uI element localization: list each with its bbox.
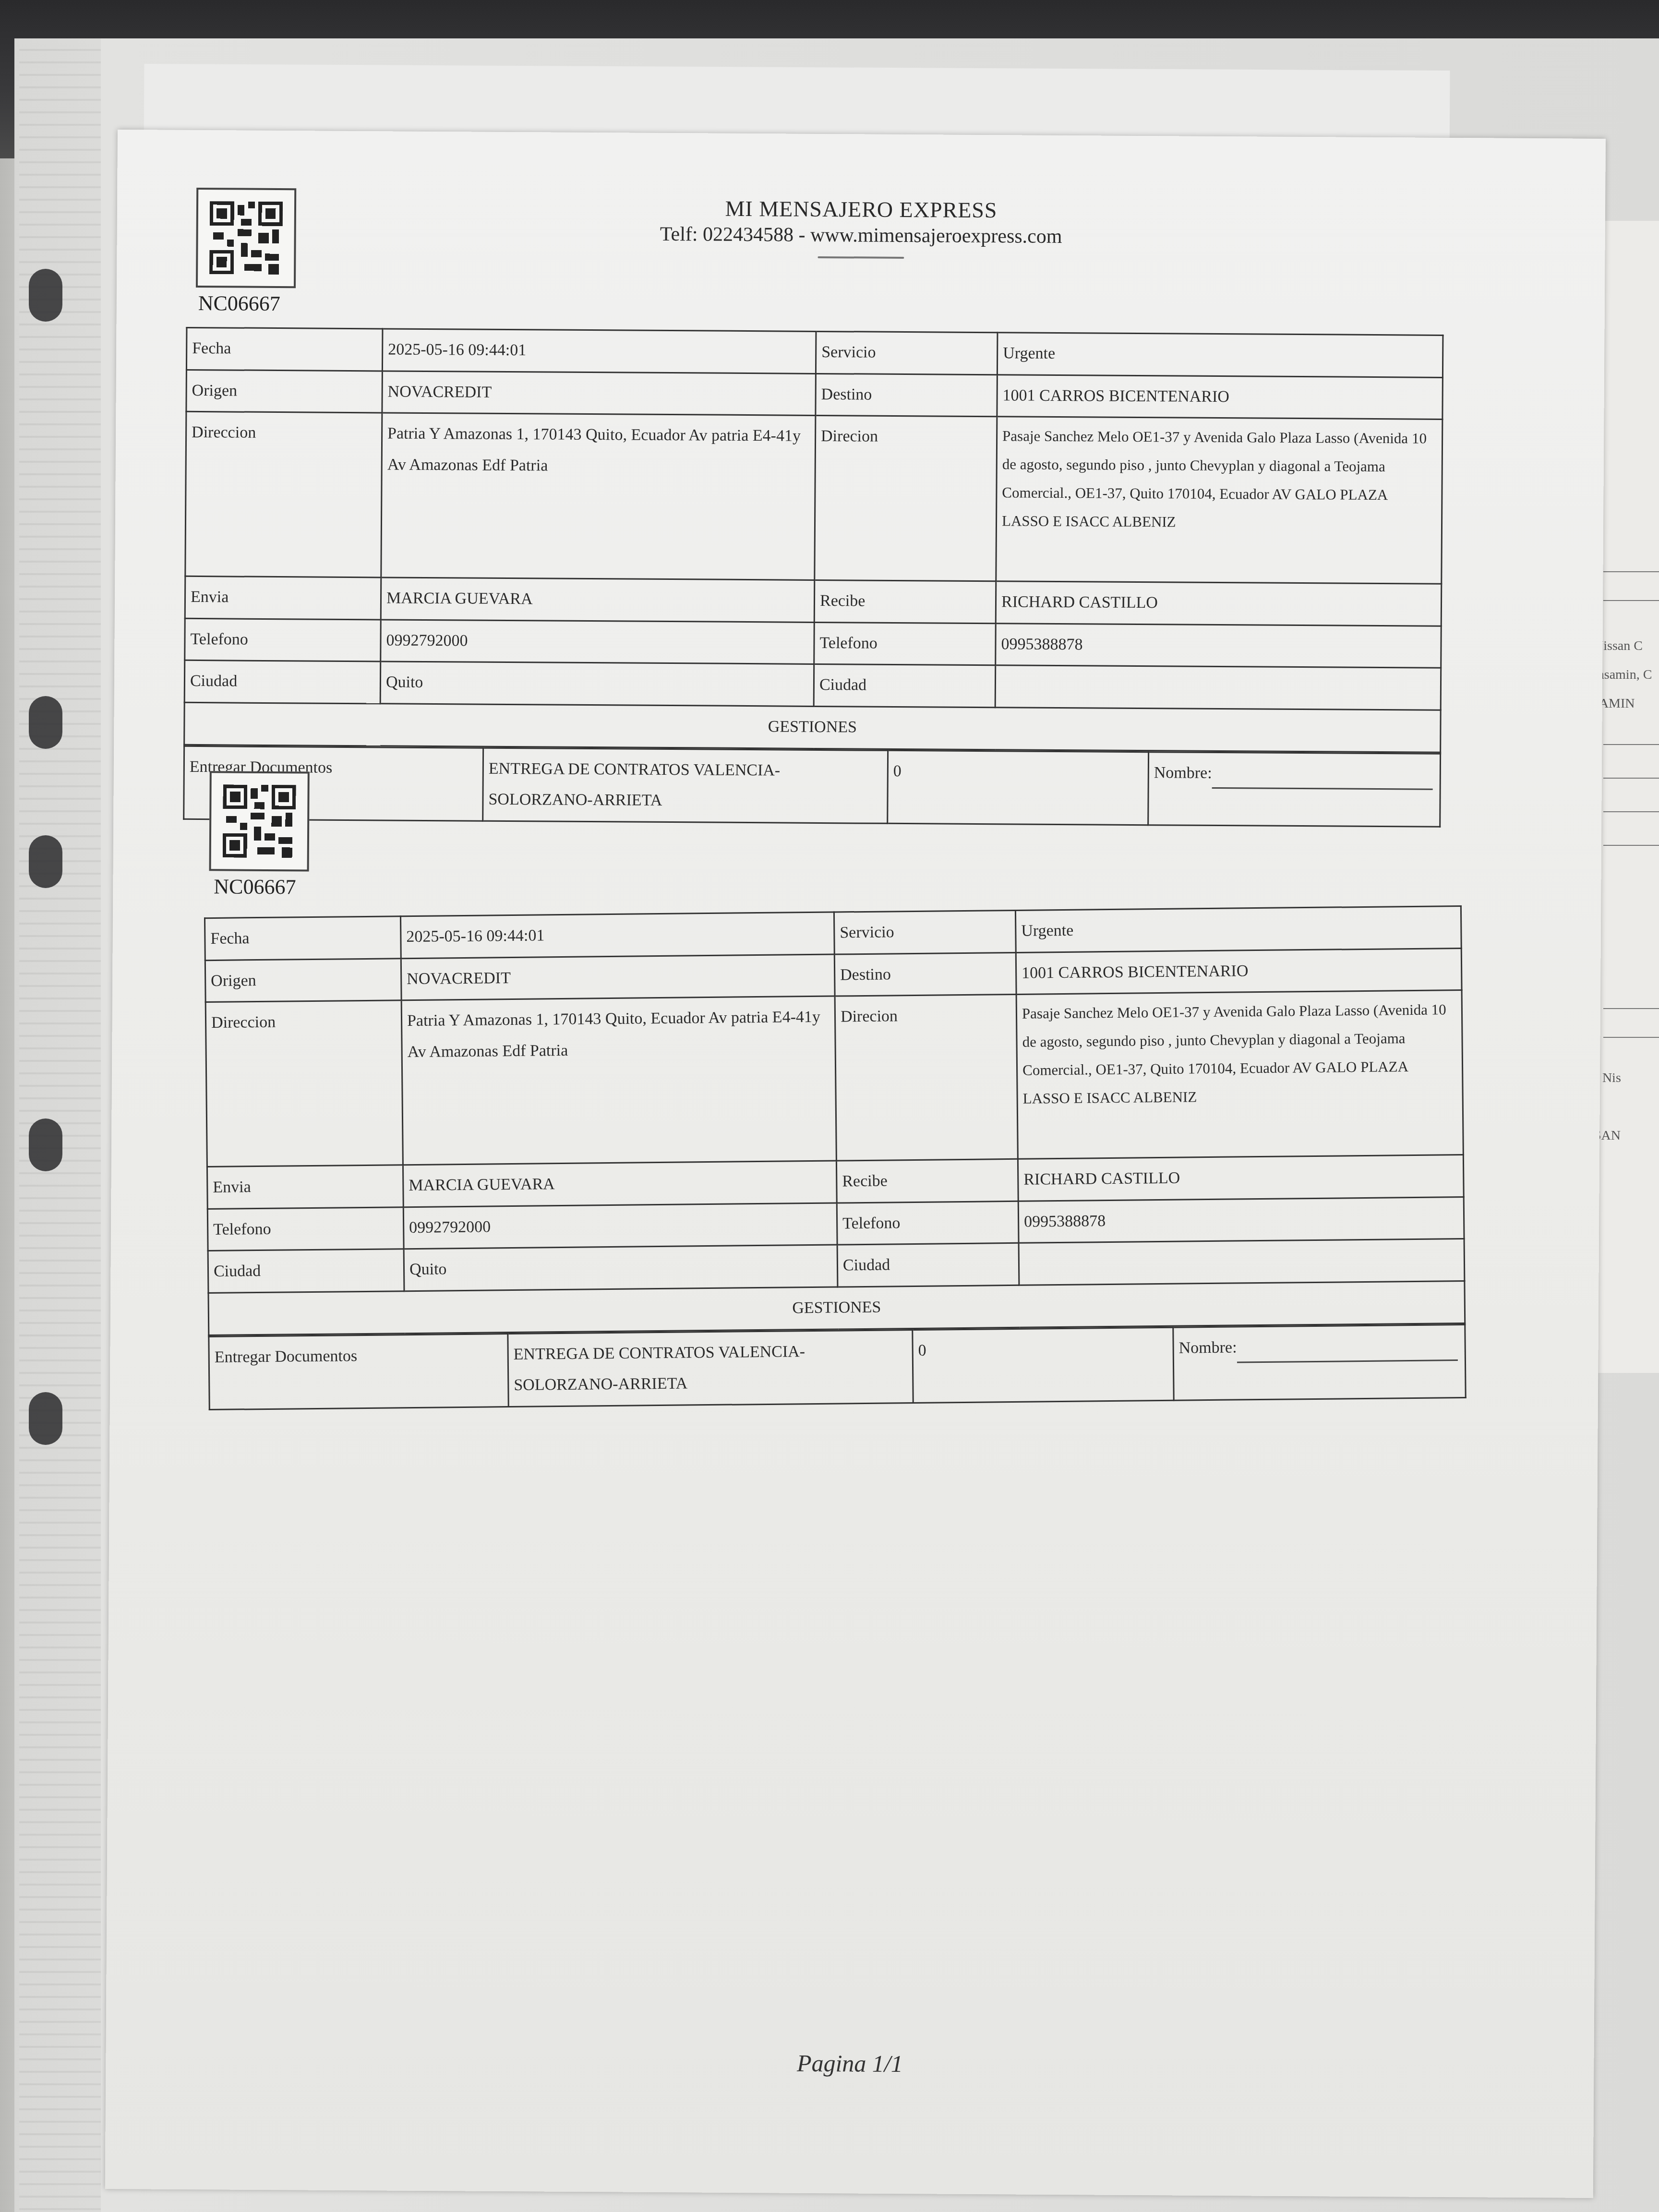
label-direcion: Direcion — [815, 416, 997, 581]
gestion-cantidad: 0 — [888, 750, 1149, 825]
gestiones-table: Entregar Documentos ENTREGA DE CONTRATOS… — [208, 1324, 1466, 1410]
qr-code-icon — [209, 771, 310, 871]
form-rule — [1603, 845, 1659, 846]
label-telefono-recibe: Telefono — [837, 1201, 1019, 1245]
peek-text: rasamin, C — [1594, 667, 1652, 683]
value-ciudad-recibe — [995, 665, 1441, 710]
label-direccion: Direccion — [205, 1000, 403, 1167]
gestion-nombre: Nombre: — [1148, 752, 1441, 827]
label-fecha: Fecha — [204, 916, 401, 961]
gestion-cantidad: 0 — [913, 1327, 1174, 1403]
label-servicio: Servicio — [816, 331, 998, 374]
punch-hole — [29, 835, 62, 888]
gestion-descripcion: ENTREGA DE CONTRATOS VALENCIA-SOLORZANO-… — [483, 748, 888, 823]
form-rule — [1603, 571, 1659, 572]
value-envia: MARCIA GUEVARA — [403, 1161, 837, 1207]
waybill-table: Fecha 2025-05-16 09:44:01 Servicio Urgen… — [183, 327, 1443, 753]
value-origen: NOVACREDIT — [401, 954, 835, 1000]
waybill-code: NC06667 — [198, 291, 280, 316]
value-origen: NOVACREDIT — [382, 371, 816, 415]
waybill-table: Fecha 2025-05-16 09:44:01 Servicio Urgen… — [204, 905, 1466, 1336]
label-telefono-envia: Telefono — [207, 1207, 404, 1251]
value-fecha: 2025-05-16 09:44:01 — [382, 329, 816, 373]
gestion-nombre: Nombre: — [1173, 1324, 1466, 1400]
label-ciudad-envia: Ciudad — [208, 1249, 404, 1293]
punch-hole — [29, 1392, 62, 1445]
value-direccion-destino: Pasaje Sanchez Melo OE1-37 y Avenida Gal… — [1016, 990, 1463, 1159]
label-destino: Destino — [834, 952, 1016, 996]
value-direccion-origen: Patria Y Amazonas 1, 170143 Quito, Ecuad… — [401, 996, 836, 1165]
page-number: Pagina 1/1 — [106, 2045, 1594, 2082]
waybill-1: Fecha 2025-05-16 09:44:01 Servicio Urgen… — [183, 327, 1443, 828]
gestion-descripcion: ENTREGA DE CONTRATOS VALENCIA-SOLORZANO-… — [508, 1330, 913, 1407]
value-telefono-envia: 0992792000 — [403, 1203, 837, 1249]
value-telefono-envia: 0992792000 — [381, 620, 815, 664]
value-destino: 1001 CARROS BICENTENARIO — [1016, 948, 1462, 994]
label-envia: Envia — [207, 1165, 403, 1209]
gestiones-heading: GESTIONES — [184, 702, 1441, 752]
form-rule — [1603, 600, 1659, 601]
form-rule — [1603, 778, 1659, 779]
waybill-page: MI MENSAJERO EXPRESS Telf: 022434588 - w… — [105, 130, 1606, 2198]
label-recibe: Recibe — [814, 580, 996, 624]
label-telefono-envia: Telefono — [185, 618, 381, 661]
form-rule — [1603, 1037, 1659, 1038]
signature-line — [1212, 774, 1433, 790]
label-recibe: Recibe — [836, 1159, 1018, 1203]
label-nombre: Nombre: — [1179, 1338, 1237, 1357]
label-envia: Envia — [185, 577, 381, 620]
value-telefono-recibe: 0995388878 — [996, 623, 1442, 668]
label-origen: Origen — [205, 958, 401, 1002]
label-ciudad-envia: Ciudad — [184, 661, 381, 704]
label-ciudad-recibe: Ciudad — [814, 664, 996, 708]
value-telefono-recibe: 0995388878 — [1018, 1197, 1464, 1243]
label-telefono-recibe: Telefono — [814, 622, 996, 665]
gestiones-table: Entregar Documentos ENTREGA DE CONTRATOS… — [183, 745, 1441, 827]
page-header: MI MENSAJERO EXPRESS Telf: 022434588 - w… — [117, 192, 1605, 263]
label-direccion: Direccion — [185, 412, 382, 577]
value-direccion-destino: Pasaje Sanchez Melo OE1-37 y Avenida Gal… — [996, 417, 1443, 584]
waybill-2: Fecha 2025-05-16 09:44:01 Servicio Urgen… — [204, 905, 1467, 1410]
form-rule — [1603, 1008, 1659, 1009]
label-servicio: Servicio — [834, 910, 1016, 954]
value-servicio: Urgente — [1015, 906, 1461, 952]
waybill-code: NC06667 — [214, 874, 296, 899]
value-ciudad-envia: Quito — [404, 1245, 838, 1291]
punch-hole — [29, 696, 62, 749]
value-recibe: RICHARD CASTILLO — [996, 581, 1442, 626]
value-direccion-origen: Patria Y Amazonas 1, 170143 Quito, Ecuad… — [381, 413, 816, 580]
header-divider — [817, 256, 904, 259]
value-destino: 1001 CARROS BICENTENARIO — [997, 374, 1443, 419]
punch-hole — [29, 269, 62, 322]
punch-hole — [29, 1118, 62, 1171]
label-destino: Destino — [816, 373, 998, 417]
value-envia: MARCIA GUEVARA — [381, 577, 815, 622]
value-fecha: 2025-05-16 09:44:01 — [400, 912, 834, 958]
form-rule — [1603, 744, 1659, 745]
label-ciudad-recibe: Ciudad — [837, 1243, 1019, 1287]
value-servicio: Urgente — [997, 333, 1443, 377]
signature-line — [1237, 1346, 1458, 1363]
label-fecha: Fecha — [186, 327, 383, 371]
gestion-tipo: Entregar Documentos — [209, 1334, 508, 1409]
label-nombre: Nombre: — [1154, 764, 1212, 782]
label-origen: Origen — [186, 370, 383, 413]
label-direcion: Direcion — [835, 995, 1018, 1161]
qr-code-icon — [196, 188, 296, 288]
value-recibe: RICHARD CASTILLO — [1018, 1155, 1464, 1201]
value-ciudad-envia: Quito — [380, 661, 814, 706]
form-rule — [1603, 811, 1659, 812]
value-ciudad-recibe — [1019, 1239, 1465, 1285]
